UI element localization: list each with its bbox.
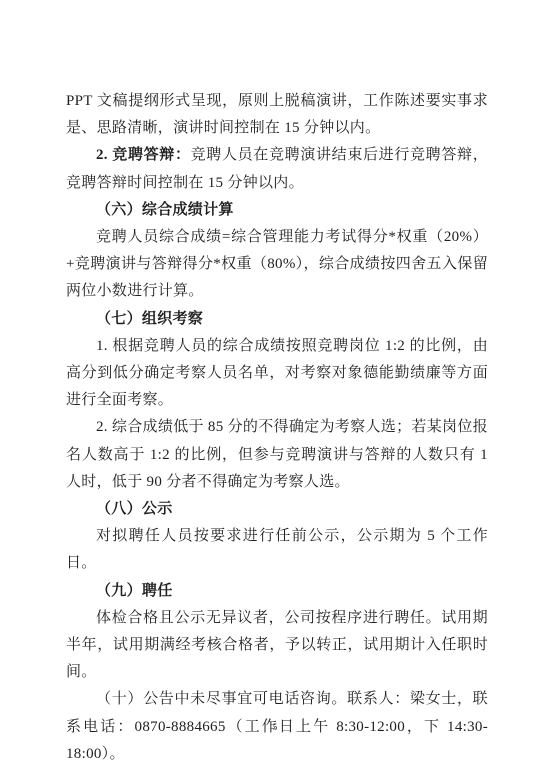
page-number: 5 [0,720,550,734]
section-heading-7-inspection: （七）组织考察 [66,306,488,333]
section-heading-8-publicity: （八）公示 [66,496,488,523]
section-heading-6-score-calculation: （六）综合成绩计算 [66,197,488,224]
paragraph-score-threshold: 2. 综合成绩低于 85 分的不得确定为考察人选；若某岗位报名人数高于 1:2 … [66,414,488,496]
paragraph-speech-requirements: PPT 文稿提纲形式呈现，原则上脱稿演讲，工作陈述要实事求是、思路清晰，演讲时间… [66,88,488,142]
paragraph-inspection-ratio: 1. 根据竞聘人员的综合成绩按照竞聘岗位 1:2 的比例，由高分到低分确定考察人… [66,333,488,415]
paragraph-defense-lead: 2. 竞聘答辩： [96,147,191,163]
page-content: PPT 文稿提纲形式呈现，原则上脱稿演讲，工作陈述要实事求是、思路清晰，演讲时间… [66,88,488,768]
paragraph-publicity-period: 对拟聘任人员按要求进行任前公示，公示期为 5 个工作日。 [66,523,488,577]
paragraph-defense: 2. 竞聘答辩：竞聘人员在竞聘演讲结束后进行竞聘答辩，竞聘答辩时间控制在 15 … [66,142,488,196]
paragraph-probation: 体检合格且公示无异议者，公司按程序进行聘任。试用期半年，试用期满经考核合格者，予… [66,605,488,687]
document-page: PPT 文稿提纲形式呈现，原则上脱稿演讲，工作陈述要实事求是、思路清晰，演讲时间… [0,0,550,777]
section-heading-9-employment: （九）聘任 [66,578,488,605]
paragraph-score-formula: 竞聘人员综合成绩=综合管理能力考试得分*权重（20%）+竞聘演讲与答辩得分*权重… [66,224,488,306]
